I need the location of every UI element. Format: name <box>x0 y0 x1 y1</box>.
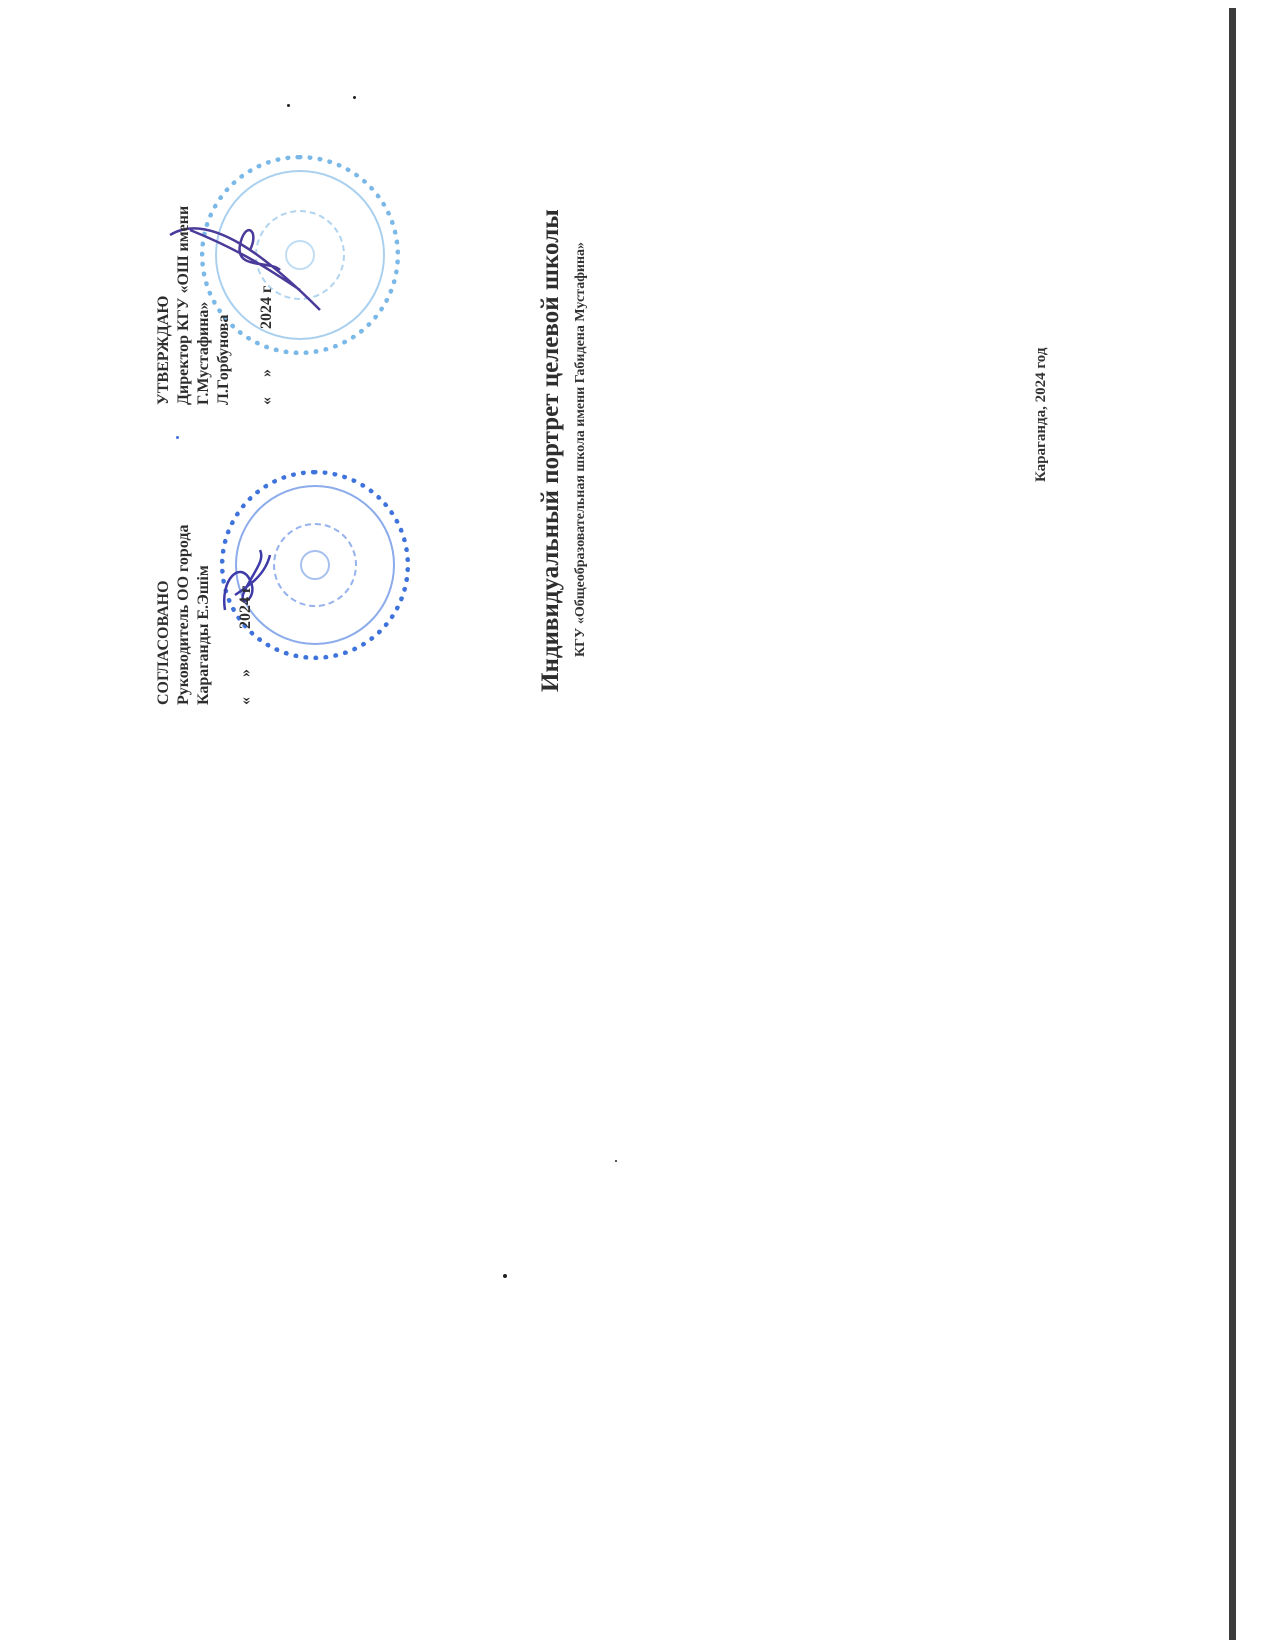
approval-date: « » 2024 г <box>237 586 255 705</box>
approval-heading: СОГЛАСОВАНО <box>155 580 173 705</box>
scan-speck <box>503 1274 507 1278</box>
approver-school: Г.Мустафина» <box>195 302 213 405</box>
page-edge-border <box>1229 8 1236 1640</box>
scan-speck <box>287 104 290 107</box>
approver-name: Л.Горбунова <box>215 315 233 405</box>
document-title: Индивидуальный портрет целевой школы <box>537 209 565 692</box>
scan-speck <box>353 96 356 99</box>
approver-name: Караганды Е.Эшім <box>195 565 213 705</box>
approver-position: Руководитель ОО города <box>175 525 193 705</box>
approval-heading: УТВЕРЖДАЮ <box>155 296 173 405</box>
approver-position: Директор КГУ «ОШ имени <box>175 206 193 405</box>
approval-date: « » 2024 г <box>258 286 276 405</box>
document-subtitle: КГУ «Общеобразовательная школа имени Габ… <box>573 242 589 657</box>
scan-speck <box>615 1160 617 1162</box>
scan-speck <box>176 436 179 439</box>
place-and-year: Караганда, 2024 год <box>1033 348 1050 482</box>
